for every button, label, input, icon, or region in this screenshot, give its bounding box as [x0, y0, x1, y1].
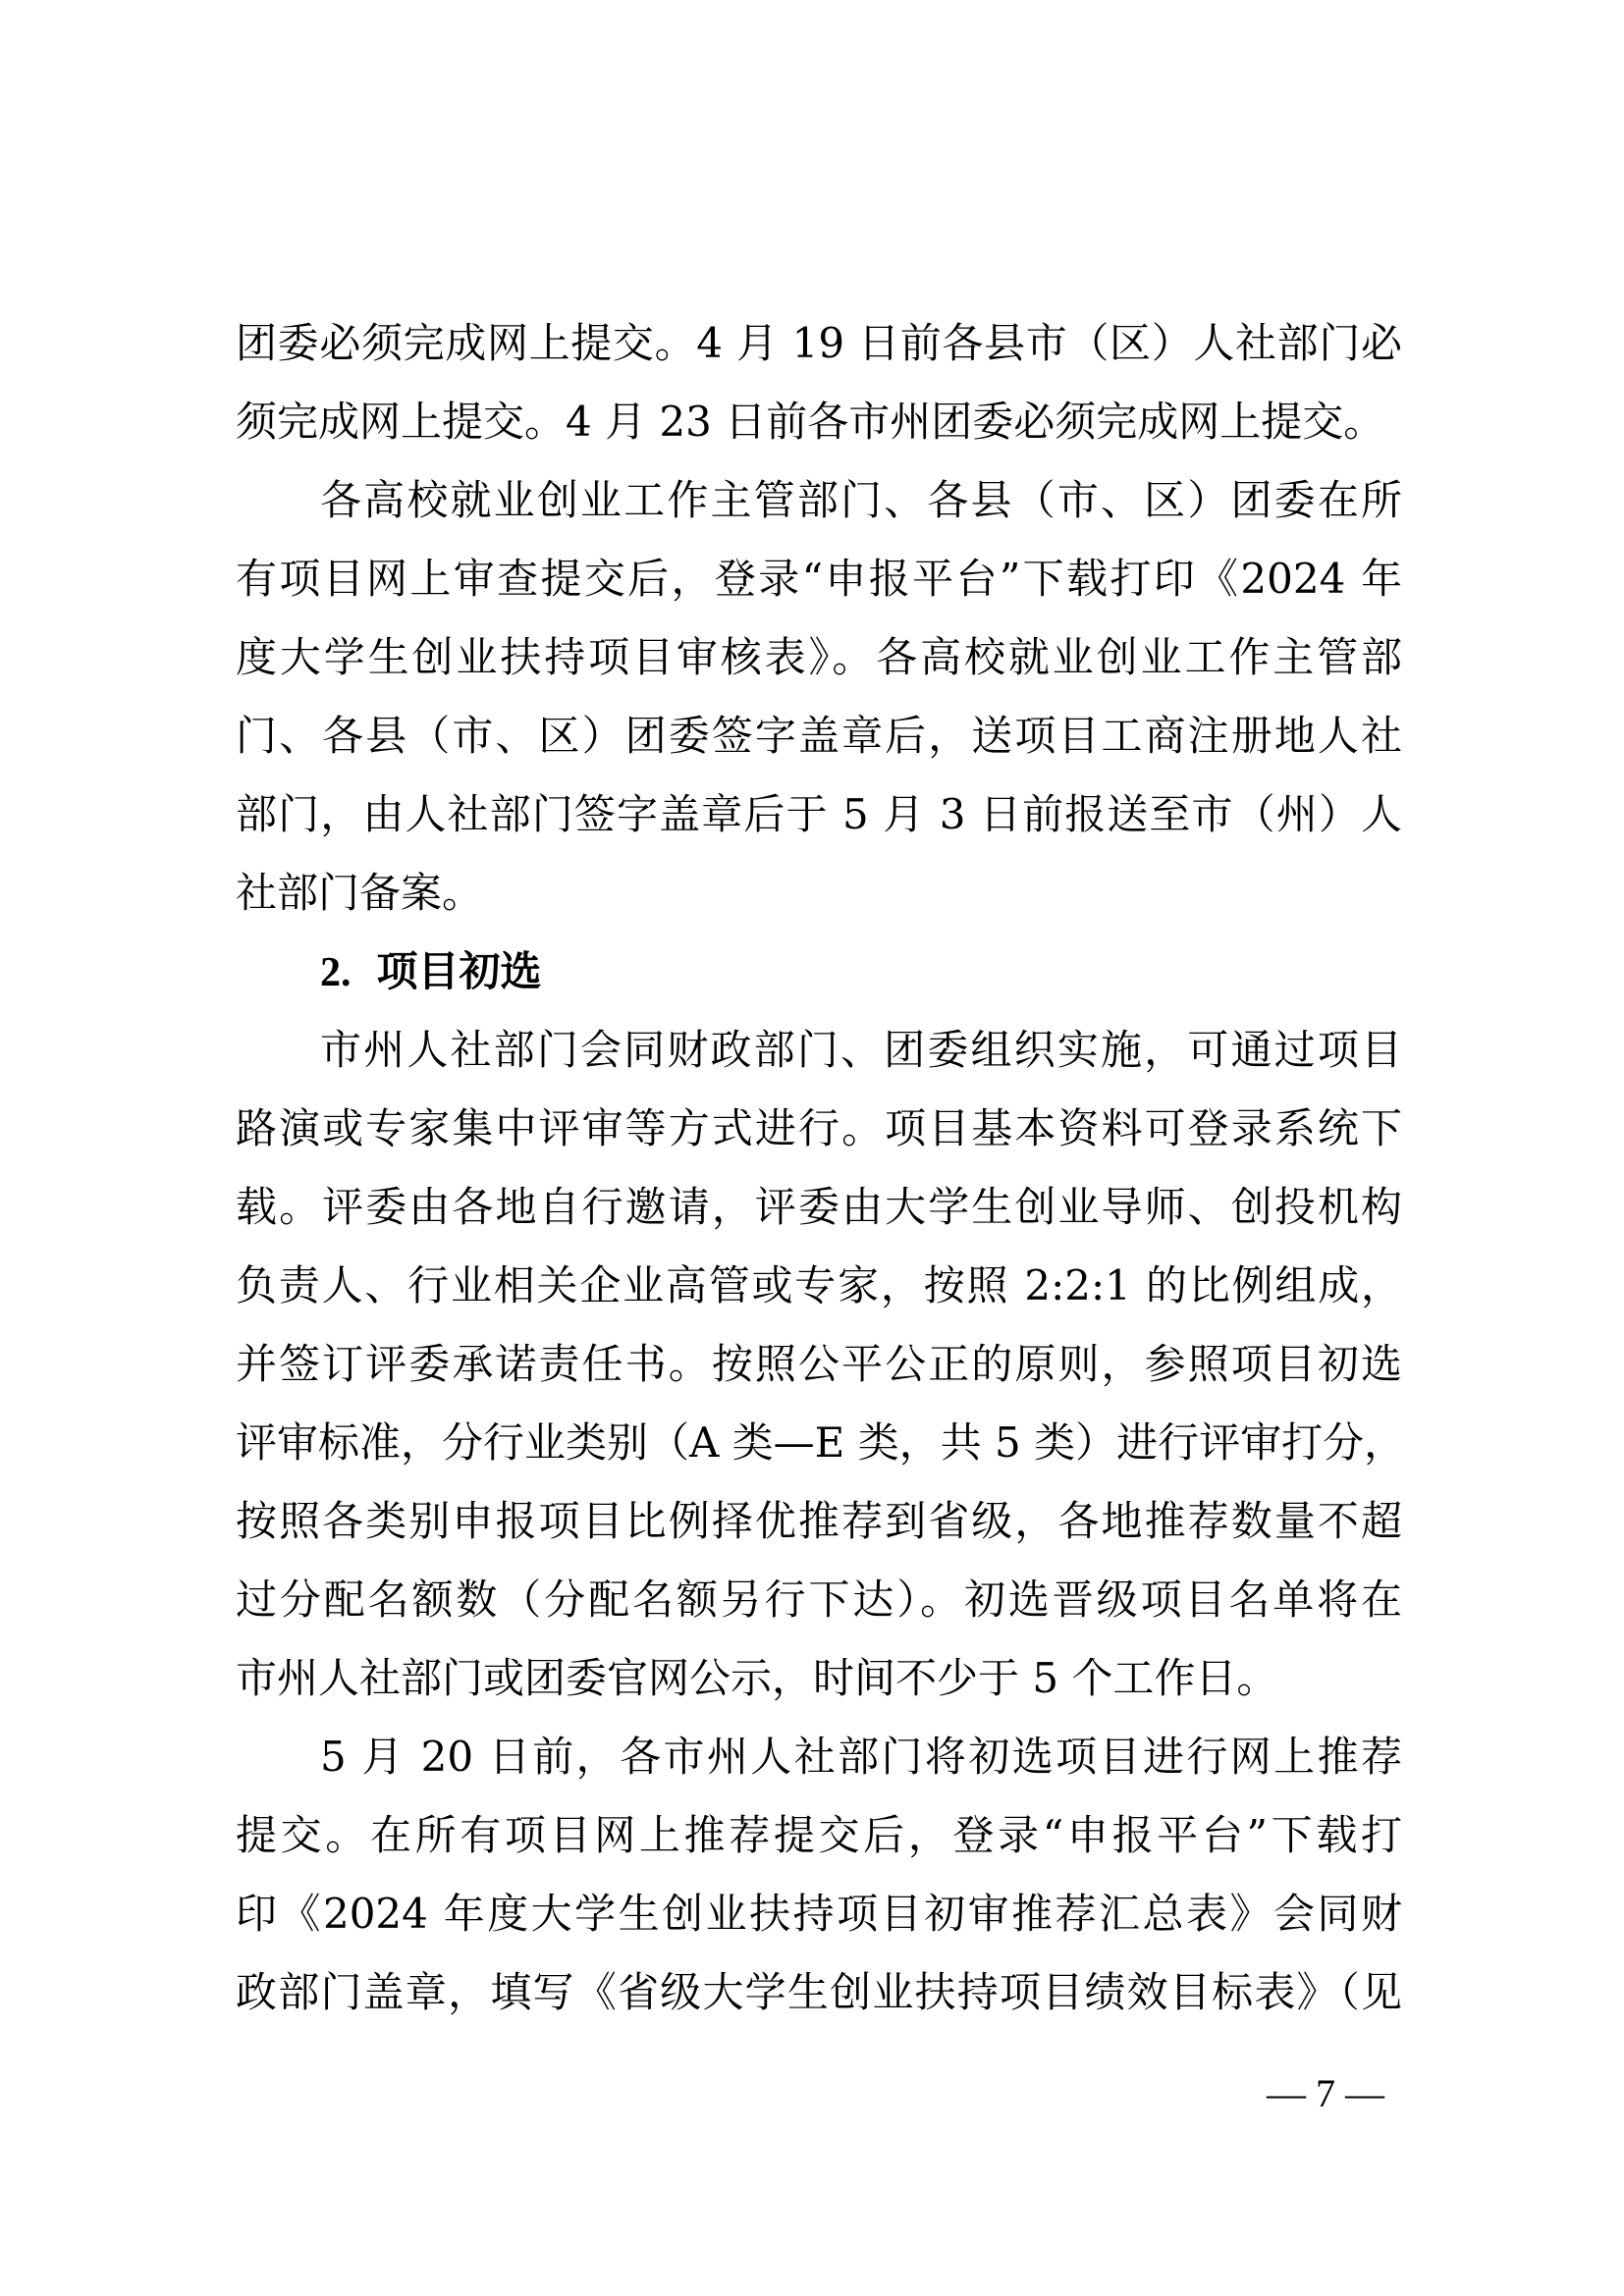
text-line: 市州人社部门会同财政部门、团委组织实施，可通过项目 — [320, 1011, 1402, 1090]
document-page: 团委必须完成网上提交。4 月 19 日前各县市（区）人社部门必 须完成网上提交。… — [0, 0, 1624, 2296]
section-title: 项目初选 — [377, 947, 542, 995]
text-line: 社部门备案。 — [236, 854, 1402, 933]
text-line: 须完成网上提交。4 月 23 日前各市州团委必须完成网上提交。 — [236, 383, 1402, 461]
text-line: 载。评委由各地自行邀请，评委由大学生创业导师、创投机构 — [236, 1168, 1402, 1247]
text-line: 市州人社部门或团委官网公示，时间不少于 5 个工作日。 — [236, 1639, 1402, 1718]
section-heading: 2.项目初选 — [320, 933, 542, 1011]
text-line: 印《2024 年度大学生创业扶持项目初审推荐汇总表》会同财 — [236, 1875, 1402, 1953]
text-line: 部门，由人社部门签字盖章后于 5 月 3 日前报送至市（州）人 — [236, 775, 1402, 854]
page-number: — 7 — — [1267, 2069, 1384, 2118]
text-line: 有项目网上审查提交后，登录“申报平台”下载打印《2024 年 — [236, 540, 1402, 618]
text-line: 5 月 20 日前，各市州人社部门将初选项目进行网上推荐 — [320, 1718, 1402, 1796]
text-line: 按照各类别申报项目比例择优推荐到省级，各地推荐数量不超 — [236, 1482, 1402, 1561]
text-line: 提交。在所有项目网上推荐提交后，登录“申报平台”下载打 — [236, 1796, 1402, 1875]
text-line: 政部门盖章，填写《省级大学生创业扶持项目绩效目标表》（见 — [236, 1953, 1402, 2032]
text-line: 门、各县（市、区）团委签字盖章后，送项目工商注册地人社 — [236, 697, 1402, 775]
text-line: 路演或专家集中评审等方式进行。项目基本资料可登录系统下 — [236, 1090, 1402, 1168]
text-line: 团委必须完成网上提交。4 月 19 日前各县市（区）人社部门必 — [236, 304, 1402, 383]
section-number: 2. — [320, 950, 352, 995]
text-line: 各高校就业创业工作主管部门、各县（市、区）团委在所 — [320, 461, 1402, 540]
text-line: 负责人、行业相关企业高管或专家，按照 2:2:1 的比例组成， — [236, 1247, 1402, 1325]
text-line: 度大学生创业扶持项目审核表》。各高校就业创业工作主管部 — [236, 618, 1402, 697]
text-line: 评审标准，分行业类别（A 类—E 类，共 5 类）进行评审打分， — [236, 1404, 1402, 1482]
text-line: 过分配名额数（分配名额另行下达）。初选晋级项目名单将在 — [236, 1561, 1402, 1639]
text-line: 并签订评委承诺责任书。按照公平公正的原则，参照项目初选 — [236, 1325, 1402, 1404]
